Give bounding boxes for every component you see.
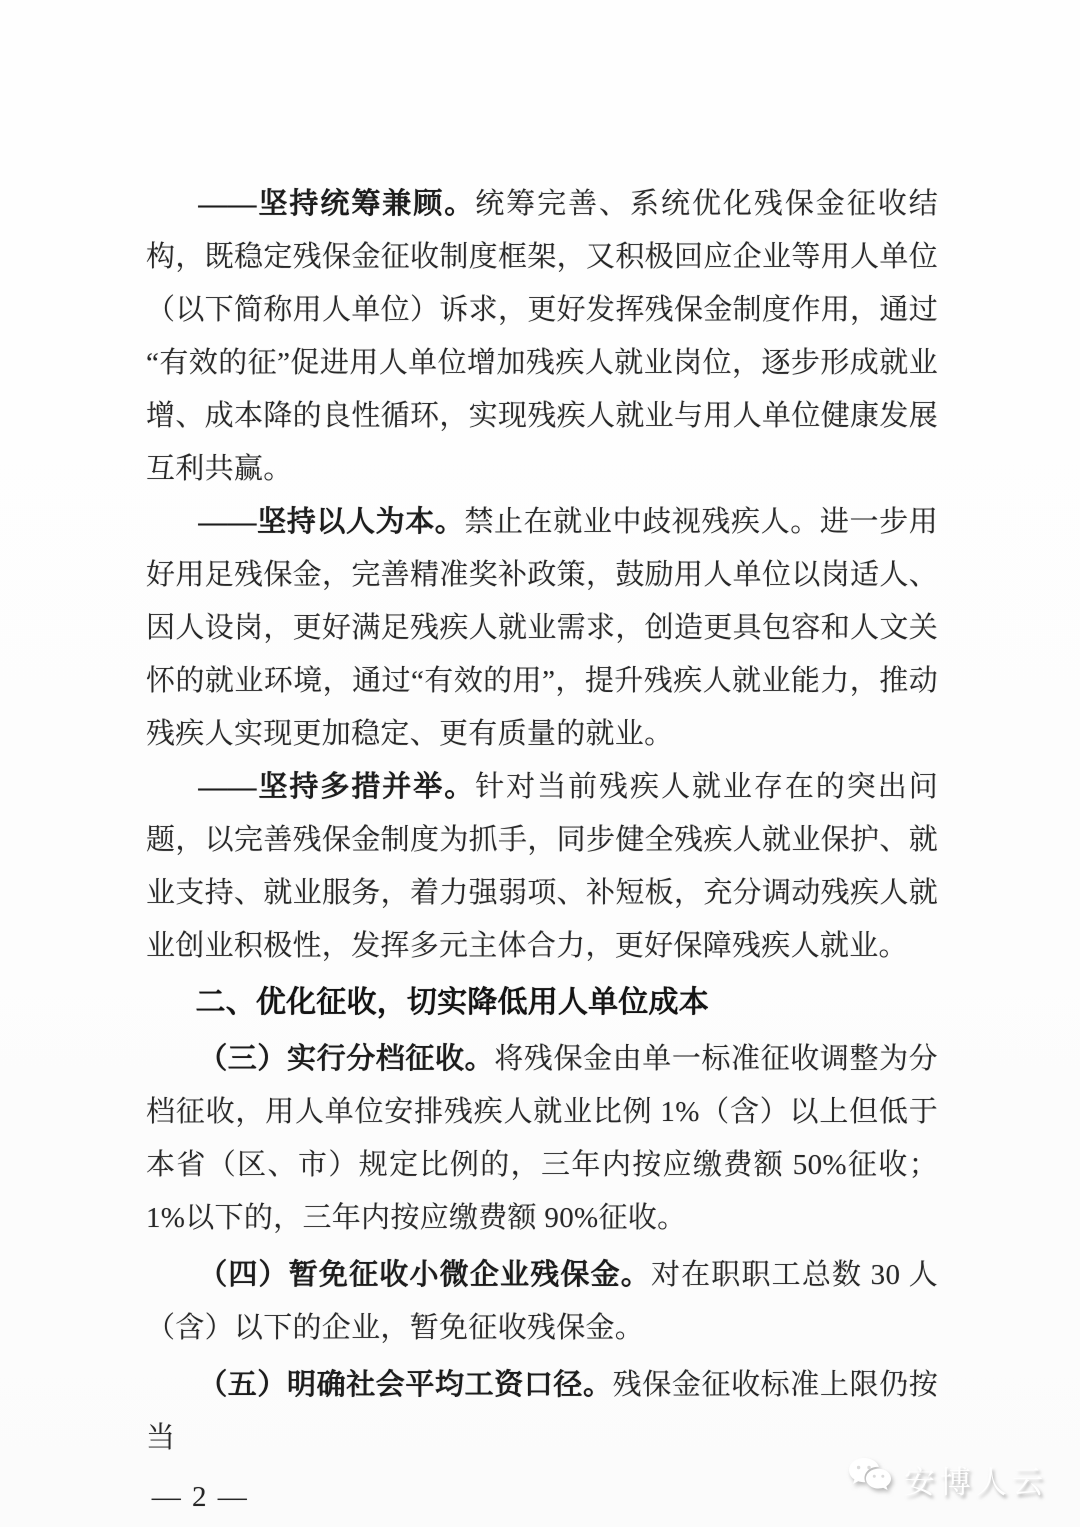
policy-item-average-wage: （五）明确社会平均工资口径。残保金征收标准上限仍按当: [146, 1359, 938, 1465]
watermark-label: 安博人云: [904, 1457, 1048, 1502]
section-heading-optimize-collection: 二、优化征收，切实降低用人单位成本: [146, 976, 938, 1029]
policy-item-tiered-collection: （三）实行分档征收。将残保金由单一标准征收调整为分档征收，用人单位安排残疾人就业…: [146, 1033, 938, 1245]
paragraph-lead: ——坚持统筹兼顾。: [198, 188, 475, 220]
page-number: — 2 —: [146, 1475, 938, 1519]
policy-item-small-enterprise-exemption: （四）暂免征收小微企业残保金。对在职职工总数 30 人（含）以下的企业，暂免征收…: [146, 1249, 938, 1355]
item-lead: （五）明确社会平均工资口径。: [198, 1369, 612, 1401]
paragraph-body: 禁止在就业中歧视残疾人。进一步用好用足残保金，完善精准奖补政策，鼓励用人单位以岗…: [146, 506, 938, 750]
document-page: ——坚持统筹兼顾。统筹完善、系统优化残保金征收结构，既稳定残保金征收制度框架，又…: [0, 0, 1080, 1527]
watermark: 安博人云: [846, 1456, 1048, 1503]
paragraph-lead: ——坚持多措并举。: [198, 771, 475, 803]
document-content: ——坚持统筹兼顾。统筹完善、系统优化残保金征收结构，既稳定残保金征收制度框架，又…: [146, 178, 938, 1519]
item-lead: （四）暂免征收小微企业残保金。: [198, 1259, 651, 1291]
dash-paragraph-people-oriented: ——坚持以人为本。禁止在就业中歧视残疾人。进一步用好用足残保金，完善精准奖补政策…: [146, 496, 938, 761]
wechat-icon: [846, 1456, 894, 1503]
paragraph-lead: ——坚持以人为本。: [198, 506, 464, 538]
dash-paragraph-overall-planning: ——坚持统筹兼顾。统筹完善、系统优化残保金征收结构，既稳定残保金征收制度框架，又…: [146, 178, 938, 496]
dash-paragraph-multiple-measures: ——坚持多措并举。针对当前残疾人就业存在的突出问题，以完善残保金制度为抓手，同步…: [146, 761, 938, 973]
paragraph-body: 统筹完善、系统优化残保金征收结构，既稳定残保金征收制度框架，又积极回应企业等用人…: [146, 188, 938, 485]
item-lead: （三）实行分档征收。: [198, 1043, 494, 1075]
